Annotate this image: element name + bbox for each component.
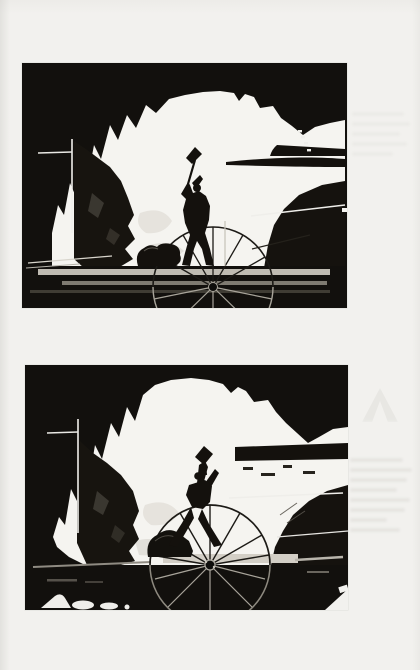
photo-top xyxy=(22,63,347,308)
hub-glint xyxy=(213,566,215,568)
photo-bottom xyxy=(25,365,348,610)
show-through-shape xyxy=(362,388,398,422)
floor-speckle xyxy=(85,581,103,583)
show-through-text xyxy=(352,112,410,156)
frame-scratch xyxy=(47,432,78,433)
figure-head xyxy=(194,472,202,480)
hub-glint xyxy=(205,561,207,563)
show-through-text xyxy=(350,458,412,532)
wheel-hub xyxy=(209,283,218,292)
photo-top-art xyxy=(22,63,347,308)
floor-speckle xyxy=(307,571,329,573)
figure-head xyxy=(193,184,201,192)
photo-bottom-art xyxy=(25,365,348,610)
frame-notch xyxy=(342,208,347,212)
scanned-page xyxy=(0,0,420,670)
floor-stripe xyxy=(62,281,327,285)
floor-speckle xyxy=(47,579,77,582)
floor-stripe-faint xyxy=(30,290,330,293)
frame-scratch xyxy=(38,152,72,153)
